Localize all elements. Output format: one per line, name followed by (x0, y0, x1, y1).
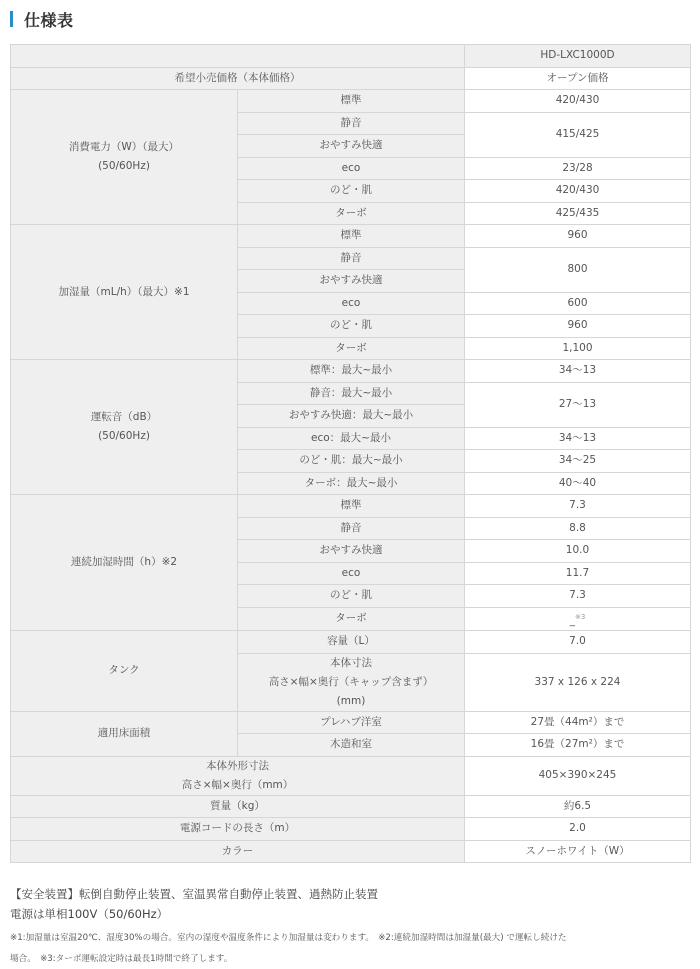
mode-label: 静音 (238, 517, 465, 540)
table-row: 電源コードの長さ（m） 2.0 (11, 818, 691, 841)
table-row: 加湿量（mL/h）（最大）※1 標準 960 (11, 225, 691, 248)
notes-section: 【安全装置】転倒自動停止装置、室温異常自動停止装置、過熱防止装置 電源は単相10… (10, 884, 695, 969)
tank-dims-line3: (mm) (242, 692, 460, 711)
runtime-value: 8.8 (465, 517, 691, 540)
runtime-value: 7.3 (465, 585, 691, 608)
mode-label: ターボ (238, 202, 465, 225)
power-value: 415/425 (465, 112, 691, 157)
mode-label: 静音 (238, 112, 465, 135)
noise-value: 34〜13 (465, 427, 691, 450)
area-value: 16畳（27m²）まで (465, 734, 691, 757)
runtime-value: 7.3 (465, 495, 691, 518)
noise-label-line1: 運転音（dB） (15, 408, 233, 427)
room-type-label: プレハブ洋室 (238, 711, 465, 734)
mode-label: おやすみ快適：最大~最小 (238, 405, 465, 428)
mode-label: のど・肌：最大~最小 (238, 450, 465, 473)
mode-label: 標準 (238, 90, 465, 113)
power-value: 420/430 (465, 180, 691, 203)
power-source-note: 電源は単相100V（50/60Hz） (10, 904, 695, 924)
table-header-row: HD-LXC1000D (11, 45, 691, 68)
noise-label: 運転音（dB） (50/60Hz) (11, 360, 238, 495)
outer-dims-line1: 本体外形寸法 (15, 757, 460, 776)
tank-capacity-value: 7.0 (465, 631, 691, 654)
color-value: スノーホワイト（W） (465, 840, 691, 863)
mode-label: のど・肌 (238, 585, 465, 608)
mode-label: 静音：最大~最小 (238, 382, 465, 405)
mode-label: eco (238, 562, 465, 585)
tank-label: タンク (11, 631, 238, 712)
outer-dims-label: 本体外形寸法 高さ×幅×奥行（mm） (11, 756, 465, 795)
humid-value: 960 (465, 225, 691, 248)
power-value: 23/28 (465, 157, 691, 180)
table-row: 本体外形寸法 高さ×幅×奥行（mm） 405×390×245 (11, 756, 691, 795)
mode-label: おやすみ快適 (238, 540, 465, 563)
power-label-line2: (50/60Hz) (15, 157, 233, 176)
mode-label: のど・肌 (238, 315, 465, 338)
table-row: タンク 容量（L） 7.0 (11, 631, 691, 654)
outer-dims-line2: 高さ×幅×奥行（mm） (15, 776, 460, 795)
tank-dims-value: 337 x 126 x 224 (465, 653, 691, 711)
mode-label: eco (238, 157, 465, 180)
mode-label: おやすみ快適 (238, 270, 465, 293)
tank-capacity-label: 容量（L） (238, 631, 465, 654)
table-row: 消費電力（W）（最大） (50/60Hz) 標準 420/430 (11, 90, 691, 113)
runtime-value: 11.7 (465, 562, 691, 585)
mode-label: ターボ：最大~最小 (238, 472, 465, 495)
power-value: 425/435 (465, 202, 691, 225)
humid-value: 800 (465, 247, 691, 292)
table-row: 適用床面積 プレハブ洋室 27畳（44m²）まで (11, 711, 691, 734)
footnote-ref: ※3 (575, 613, 585, 621)
noise-label-line2: (50/60Hz) (15, 427, 233, 446)
runtime-value: 10.0 (465, 540, 691, 563)
header-blank-cell (11, 45, 465, 68)
noise-value: 34〜13 (465, 360, 691, 383)
humid-value: 960 (465, 315, 691, 338)
mode-label: 標準 (238, 495, 465, 518)
heading-accent-bar (10, 11, 13, 27)
footnotes-line1: ※1:加湿量は室温20℃、湿度30%の場合。室内の湿度や温度条件により加湿量は変… (10, 933, 567, 943)
footnotes-line2: 場合。 ※3:ターボ運転設定時は最長1時間で終了します。 (10, 954, 232, 964)
mode-label: おやすみ快適 (238, 135, 465, 158)
humid-value: 600 (465, 292, 691, 315)
area-value: 27畳（44m²）まで (465, 711, 691, 734)
cord-value: 2.0 (465, 818, 691, 841)
runtime-label: 連続加湿時間（h）※2 (11, 495, 238, 631)
power-label: 消費電力（W）（最大） (50/60Hz) (11, 90, 238, 225)
table-row: 連続加湿時間（h）※2 標準 7.3 (11, 495, 691, 518)
spec-table: HD-LXC1000D 希望小売価格（本体価格） オープン価格 消費電力（W）（… (10, 44, 691, 863)
safety-note: 【安全装置】転倒自動停止装置、室温異常自動停止装置、過熱防止装置 (10, 884, 695, 904)
cord-label: 電源コードの長さ（m） (11, 818, 465, 841)
section-heading: 仕様表 (10, 8, 74, 30)
noise-value: 34〜25 (465, 450, 691, 473)
footnotes: ※1:加湿量は室温20℃、湿度30%の場合。室内の湿度や温度条件により加湿量は変… (10, 928, 695, 969)
tank-dims-line1: 本体寸法 (242, 654, 460, 673)
mode-label: 標準：最大~最小 (238, 360, 465, 383)
mode-label: ターボ (238, 337, 465, 360)
noise-value: 27〜13 (465, 382, 691, 427)
outer-dims-value: 405×390×245 (465, 756, 691, 795)
humid-label: 加湿量（mL/h）（最大）※1 (11, 225, 238, 360)
mass-label: 質量（kg） (11, 795, 465, 818)
mode-label: 静音 (238, 247, 465, 270)
mode-label: eco (238, 292, 465, 315)
mode-label: eco：最大~最小 (238, 427, 465, 450)
area-label: 適用床面積 (11, 711, 238, 756)
room-type-label: 木造和室 (238, 734, 465, 757)
power-label-line1: 消費電力（W）（最大） (15, 138, 233, 157)
mode-label: のど・肌 (238, 180, 465, 203)
humid-value: 1,100 (465, 337, 691, 360)
mode-label: 標準 (238, 225, 465, 248)
table-row: 運転音（dB） (50/60Hz) 標準：最大~最小 34〜13 (11, 360, 691, 383)
tank-dims-label: 本体寸法 高さ×幅×奥行（キャップ含まず） (mm) (238, 653, 465, 711)
price-value: オープン価格 (465, 67, 691, 90)
mode-label: ターボ (238, 607, 465, 631)
table-row: 質量（kg） 約6.5 (11, 795, 691, 818)
table-row: カラー スノーホワイト（W） (11, 840, 691, 863)
runtime-value-cell: _※3 (465, 607, 691, 631)
page-title: 仕様表 (24, 8, 74, 31)
mass-value: 約6.5 (465, 795, 691, 818)
power-value: 420/430 (465, 90, 691, 113)
noise-value: 40〜40 (465, 472, 691, 495)
price-label: 希望小売価格（本体価格） (11, 67, 465, 90)
table-row: 希望小売価格（本体価格） オープン価格 (11, 67, 691, 90)
tank-dims-line2: 高さ×幅×奥行（キャップ含まず） (242, 673, 460, 692)
color-label: カラー (11, 840, 465, 863)
model-name: HD-LXC1000D (465, 45, 691, 68)
